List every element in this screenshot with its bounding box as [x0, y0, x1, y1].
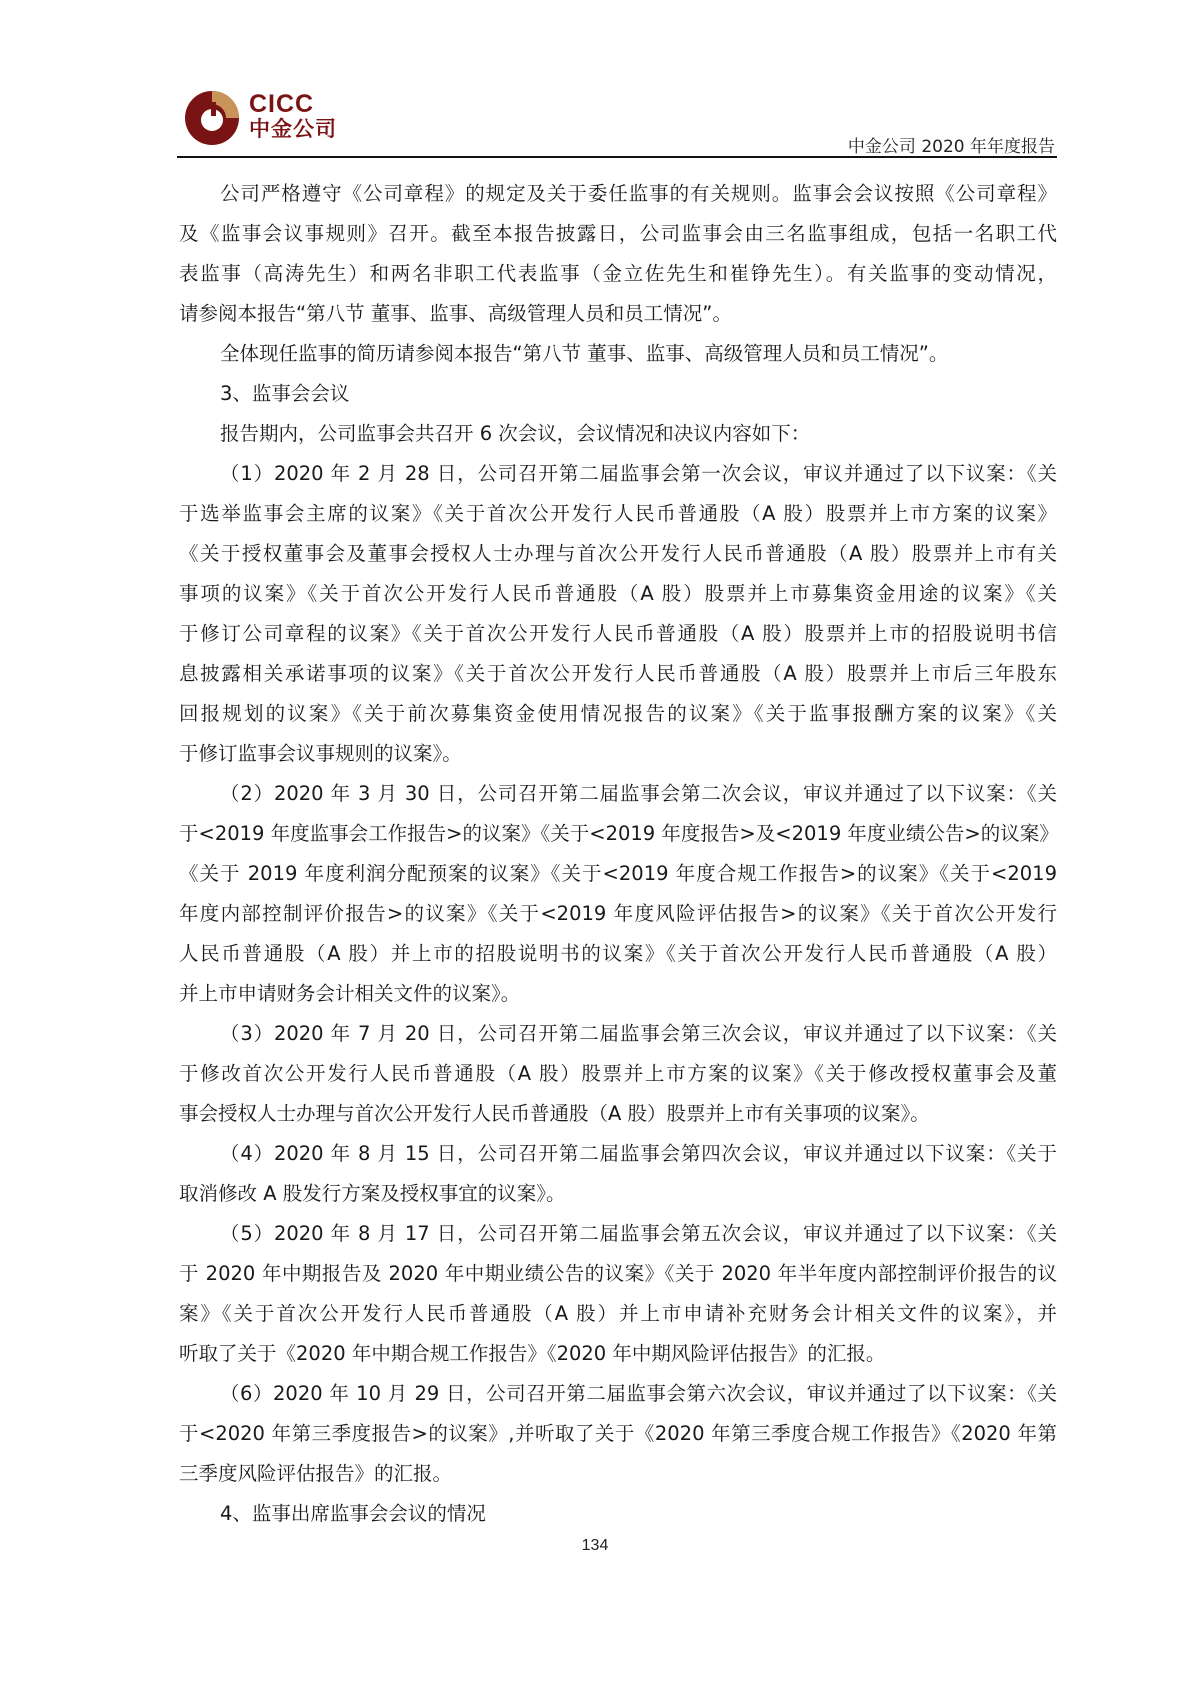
meeting-paragraph: （3）2020 年 7 月 20 日，公司召开第二届监事会第三次会议，审议并通过… — [179, 1014, 1057, 1134]
text-line: 案》《关于首次公开发行人民币普通股（A 股）并上市申请补充财务会计相关文件的议案… — [179, 1294, 1057, 1334]
document-body: 公司严格遵守《公司章程》的规定及关于委任监事的有关规则。监事会会议按照《公司章程… — [179, 174, 1057, 1534]
text-line: 取消修改 A 股发行方案及授权事宜的议案》。 — [179, 1174, 1057, 1214]
section-heading: 3、监事会会议 — [179, 374, 1057, 414]
text-line: 4、监事出席监事会会议的情况 — [179, 1494, 1057, 1534]
meeting-paragraph: （5）2020 年 8 月 17 日，公司召开第二届监事会第五次会议，审议并通过… — [179, 1214, 1057, 1374]
text-line: 回报规划的议案》《关于前次募集资金使用情况报告的议案》《关于监事报酬方案的议案》… — [179, 694, 1057, 734]
text-line: 3、监事会会议 — [179, 374, 1057, 414]
text-line: （4）2020 年 8 月 15 日，公司召开第二届监事会第四次会议，审议并通过… — [179, 1134, 1057, 1174]
logo-wordmark: CICC 中金公司 — [249, 92, 337, 142]
text-line: （5）2020 年 8 月 17 日，公司召开第二届监事会第五次会议，审议并通过… — [179, 1214, 1057, 1254]
text-line: 年度内部控制评价报告>的议案》《关于<2019 年度风险评估报告>的议案》《关于… — [179, 894, 1057, 934]
meeting-paragraph: （6）2020 年 10 月 29 日，公司召开第二届监事会第六次会议，审议并通… — [179, 1374, 1057, 1494]
text-line: 于 2020 年中期报告及 2020 年中期业绩公告的议案》《关于 2020 年… — [179, 1254, 1057, 1294]
text-line: 于修改首次公开发行人民币普通股（A 股）股票并上市方案的议案》《关于修改授权董事… — [179, 1054, 1057, 1094]
text-line: 并上市申请财务会计相关文件的议案》。 — [179, 974, 1057, 1014]
text-line: 事项的议案》《关于首次公开发行人民币普通股（A 股）股票并上市募集资金用途的议案… — [179, 574, 1057, 614]
text-line: 听取了关于《2020 年中期合规工作报告》《2020 年中期风险评估报告》的汇报… — [179, 1334, 1057, 1374]
text-line: （6）2020 年 10 月 29 日，公司召开第二届监事会第六次会议，审议并通… — [179, 1374, 1057, 1414]
text-line: （2）2020 年 3 月 30 日，公司召开第二届监事会第二次会议，审议并通过… — [179, 774, 1057, 814]
cicc-logo-icon — [182, 88, 242, 148]
text-line: （1）2020 年 2 月 28 日，公司召开第二届监事会第一次会议，审议并通过… — [179, 454, 1057, 494]
text-line: （3）2020 年 7 月 20 日，公司召开第二届监事会第三次会议，审议并通过… — [179, 1014, 1057, 1054]
meeting-paragraph: （4）2020 年 8 月 15 日，公司召开第二届监事会第四次会议，审议并通过… — [179, 1134, 1057, 1214]
text-line: 《关于 2019 年度利润分配预案的议案》《关于<2019 年度合规工作报告>的… — [179, 854, 1057, 894]
text-line: 于修订监事会议事规则的议案》。 — [179, 734, 1057, 774]
text-line: 于<2020 年第三季度报告>的议案》,并听取了关于《2020 年第三季度合规工… — [179, 1414, 1057, 1454]
text-line: 全体现任监事的简历请参阅本报告“第八节 董事、监事、高级管理人员和员工情况”。 — [179, 334, 1057, 374]
text-line: 及《监事会议事规则》召开。截至本报告披露日，公司监事会由三名监事组成，包括一名职… — [179, 214, 1057, 254]
text-line: 人民币普通股（A 股）并上市的招股说明书的议案》《关于首次公开发行人民币普通股（… — [179, 934, 1057, 974]
text-line: 请参阅本报告“第八节 董事、监事、高级管理人员和员工情况”。 — [179, 294, 1057, 334]
page-header: CICC 中金公司 中金公司 2020 年年度报告 — [177, 88, 1057, 160]
text-line: 表监事（高涛先生）和两名非职工代表监事（金立佐先生和崔铮先生）。有关监事的变动情… — [179, 254, 1057, 294]
text-line: 于选举监事会主席的议案》《关于首次公开发行人民币普通股（A 股）股票并上市方案的… — [179, 494, 1057, 534]
logo-text-en: CICC — [249, 92, 337, 116]
text-line: 公司严格遵守《公司章程》的规定及关于委任监事的有关规则。监事会会议按照《公司章程… — [179, 174, 1057, 214]
paragraph: 全体现任监事的简历请参阅本报告“第八节 董事、监事、高级管理人员和员工情况”。 — [179, 334, 1057, 374]
header-divider — [177, 156, 1057, 158]
text-line: 三季度风险评估报告》的汇报。 — [179, 1454, 1057, 1494]
text-line: 于<2019 年度监事会工作报告>的议案》《关于<2019 年度报告>及<201… — [179, 814, 1057, 854]
paragraph: 公司严格遵守《公司章程》的规定及关于委任监事的有关规则。监事会会议按照《公司章程… — [179, 174, 1057, 334]
report-title: 中金公司 2020 年年度报告 — [848, 132, 1055, 157]
text-line: 于修订公司章程的议案》《关于首次公开发行人民币普通股（A 股）股票并上市的招股说… — [179, 614, 1057, 654]
logo-text-cn: 中金公司 — [249, 116, 337, 142]
text-line: 息披露相关承诺事项的议案》《关于首次公开发行人民币普通股（A 股）股票并上市后三… — [179, 654, 1057, 694]
meeting-paragraph: （2）2020 年 3 月 30 日，公司召开第二届监事会第二次会议，审议并通过… — [179, 774, 1057, 1014]
text-line: 报告期内，公司监事会共召开 6 次会议，会议情况和决议内容如下： — [179, 414, 1057, 454]
text-line: 事会授权人士办理与首次公开发行人民币普通股（A 股）股票并上市有关事项的议案》。 — [179, 1094, 1057, 1134]
paragraph: 报告期内，公司监事会共召开 6 次会议，会议情况和决议内容如下： — [179, 414, 1057, 454]
text-line: 《关于授权董事会及董事会授权人士办理与首次公开发行人民币普通股（A 股）股票并上… — [179, 534, 1057, 574]
page-number: 134 — [0, 1537, 1190, 1555]
section-heading: 4、监事出席监事会会议的情况 — [179, 1494, 1057, 1534]
meeting-paragraph: （1）2020 年 2 月 28 日，公司召开第二届监事会第一次会议，审议并通过… — [179, 454, 1057, 774]
